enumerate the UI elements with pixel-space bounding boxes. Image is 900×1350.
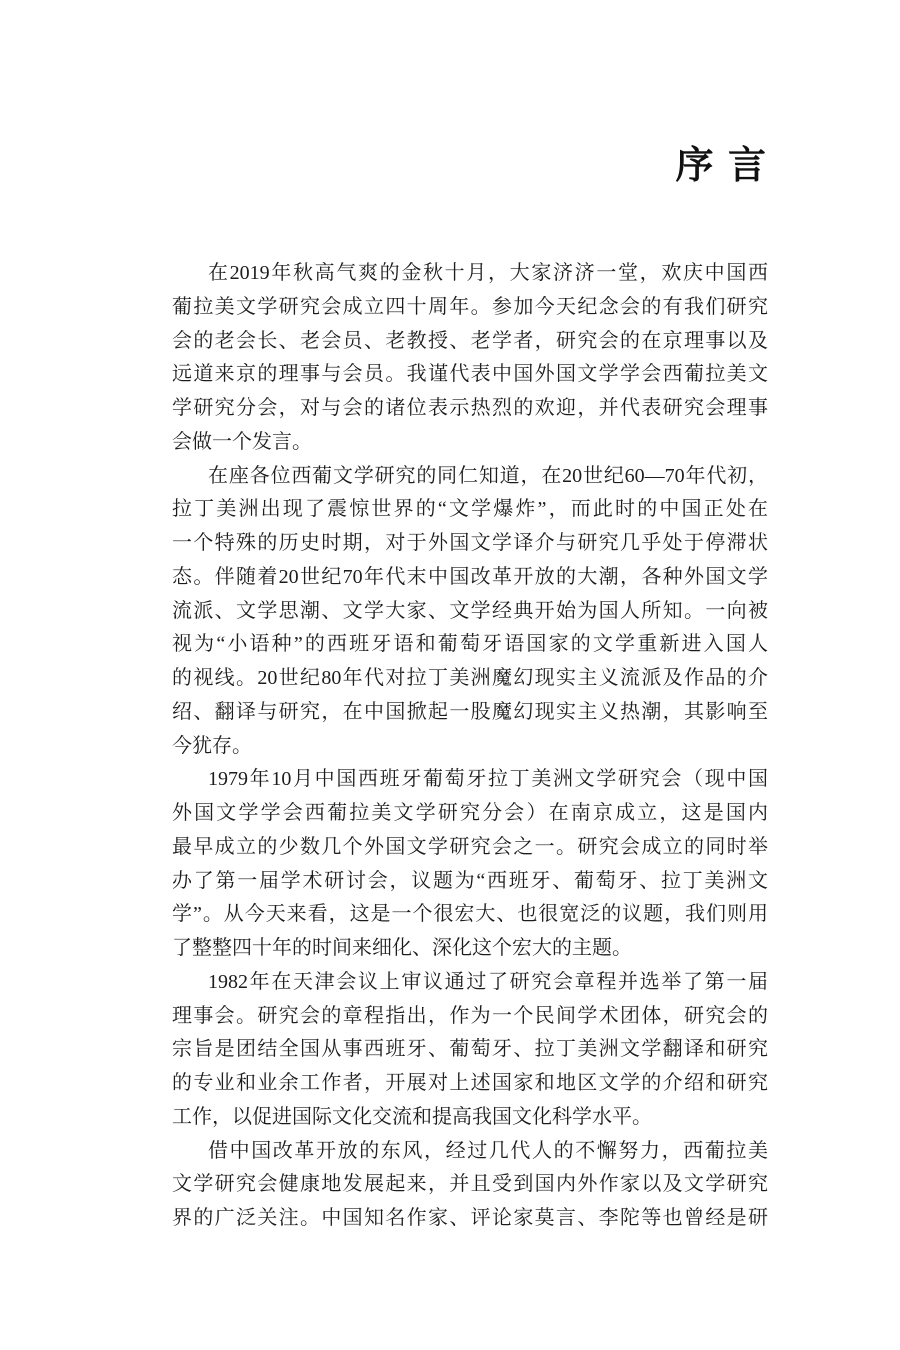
text-line: 绍、翻译与研究，在中国掀起一股魔幻现实主义热潮，其影响至 [172,696,768,730]
text-line: 会做一个发言。 [172,426,768,460]
text-line: 工作，以促进国际文化交流和提高我国文化科学水平。 [172,1101,768,1135]
text-line: 流派、文学思潮、文学大家、文学经典开始为国人所知。一向被 [172,595,768,629]
text-line: 了整整四十年的时间来细化、深化这个宏大的主题。 [172,932,768,966]
page-title: 序 言 [172,146,768,186]
text-line: 学”。从今天来看，这是一个很宏大、也很宽泛的议题，我们则用 [172,898,768,932]
text-line: 文学研究会健康地发展起来，并且受到国内外作家以及文学研究 [172,1168,768,1202]
text-line: 在座各位西葡文学研究的同仁知道，在20世纪60—70年代初， [172,460,768,494]
text-line: 宗旨是团结全国从事西班牙、葡萄牙、拉丁美洲文学翻译和研究 [172,1033,768,1067]
content-column: 序 言 在2019年秋高气爽的金秋十月，大家济济一堂，欢庆中国西葡拉美文学研究会… [172,0,768,1350]
text-line: 拉丁美洲出现了震惊世界的“文学爆炸”，而此时的中国正处在 [172,493,768,527]
text-line: 1982年在天津会议上审议通过了研究会章程并选举了第一届 [172,966,768,1000]
text-line: 视为“小语种”的西班牙语和葡萄牙语国家的文学重新进入国人 [172,628,768,662]
text-line: 理事会。研究会的章程指出，作为一个民间学术团体，研究会的 [172,1000,768,1034]
text-line: 学研究分会，对与会的诸位表示热烈的欢迎，并代表研究会理事 [172,392,768,426]
body-text: 在2019年秋高气爽的金秋十月，大家济济一堂，欢庆中国西葡拉美文学研究会成立四十… [172,257,768,1236]
text-line: 今犹存。 [172,730,768,764]
text-line: 办了第一届学术研讨会，议题为“西班牙、葡萄牙、拉丁美洲文 [172,865,768,899]
text-line: 1979年10月中国西班牙葡萄牙拉丁美洲文学研究会（现中国 [172,763,768,797]
text-line: 在2019年秋高气爽的金秋十月，大家济济一堂，欢庆中国西 [172,257,768,291]
text-line: 的专业和业余工作者，开展对上述国家和地区文学的介绍和研究 [172,1067,768,1101]
text-line: 外国文学学会西葡拉美文学研究分会）在南京成立，这是国内 [172,797,768,831]
text-line: 借中国改革开放的东风，经过几代人的不懈努力，西葡拉美 [172,1135,768,1169]
preface-page: 序 言 在2019年秋高气爽的金秋十月，大家济济一堂，欢庆中国西葡拉美文学研究会… [0,0,900,1350]
text-line: 一个特殊的历史时期，对于外国文学译介与研究几乎处于停滞状 [172,527,768,561]
text-line: 的视线。20世纪80年代对拉丁美洲魔幻现实主义流派及作品的介 [172,662,768,696]
text-line: 远道来京的理事与会员。我谨代表中国外国文学学会西葡拉美文 [172,358,768,392]
text-line: 界的广泛关注。中国知名作家、评论家莫言、李陀等也曾经是研 [172,1202,768,1236]
text-line: 态。伴随着20世纪70年代末中国改革开放的大潮，各种外国文学 [172,561,768,595]
text-line: 葡拉美文学研究会成立四十周年。参加今天纪念会的有我们研究 [172,291,768,325]
text-line: 会的老会长、老会员、老教授、老学者，研究会的在京理事以及 [172,325,768,359]
text-line: 最早成立的少数几个外国文学研究会之一。研究会成立的同时举 [172,831,768,865]
